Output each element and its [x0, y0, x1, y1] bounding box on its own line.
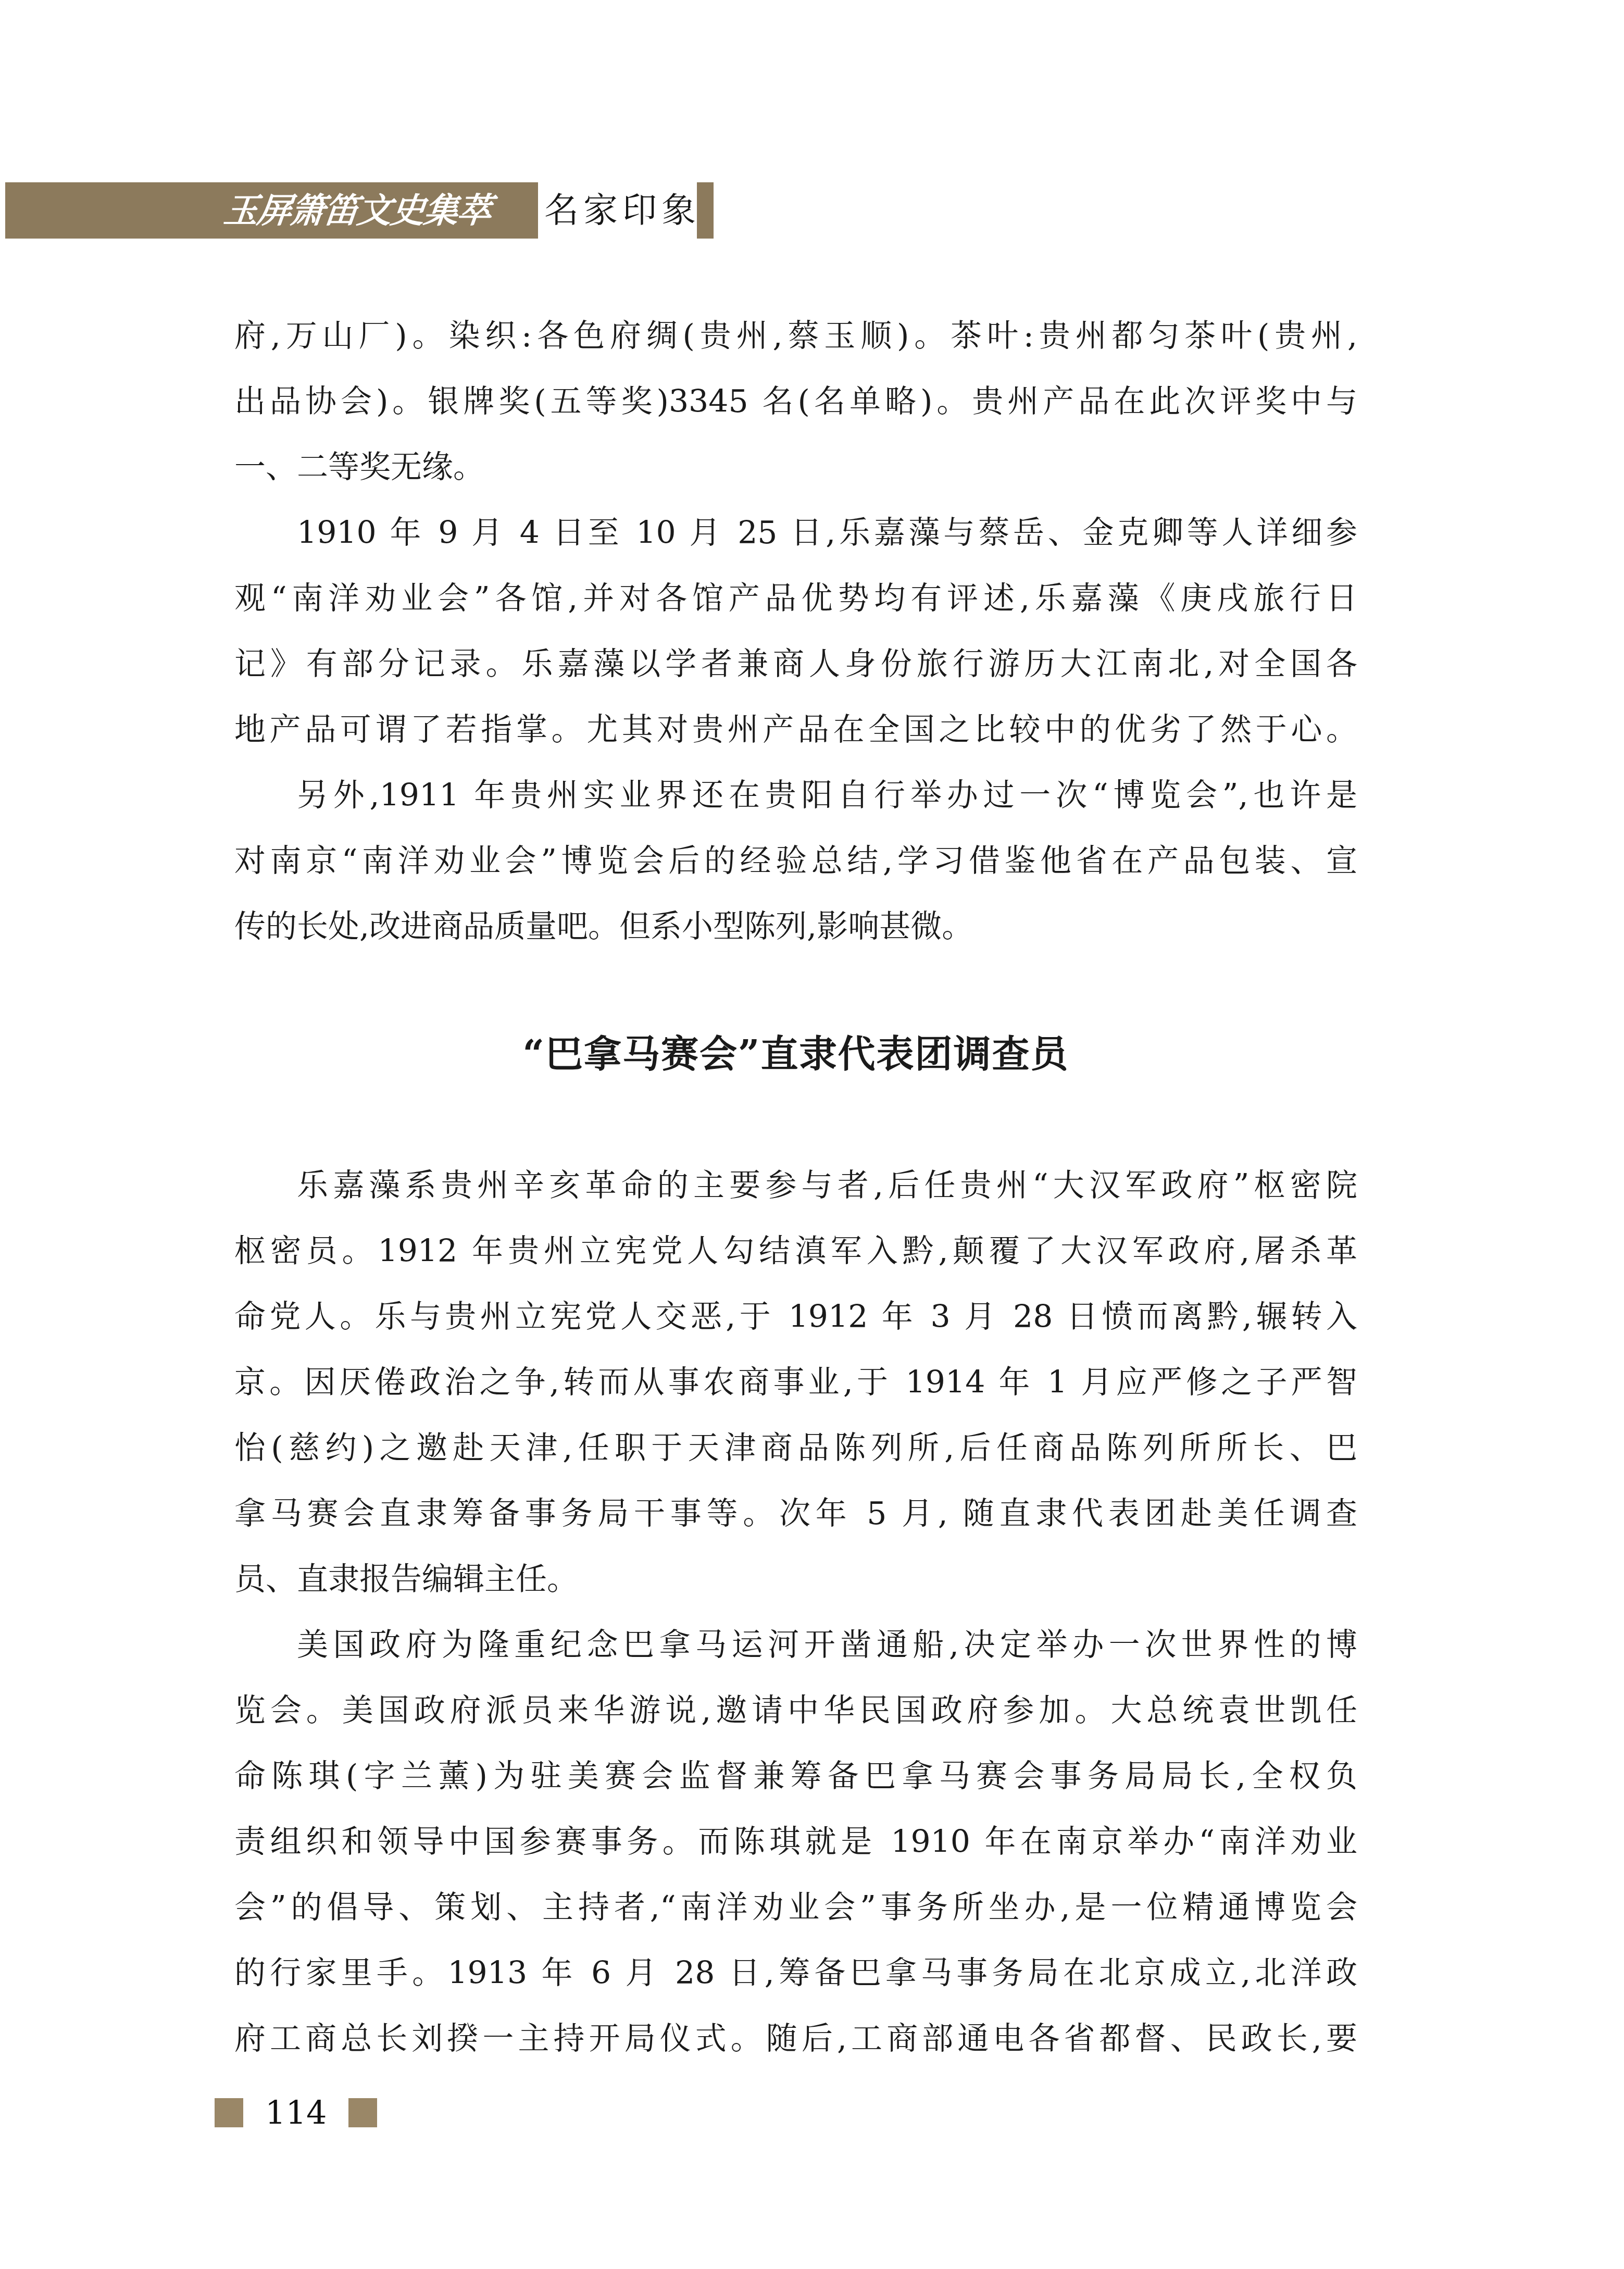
body-line: 美国政府为隆重纪念巴拿马运河开凿通船,决定举办一次世界性的博	[234, 1612, 1357, 1678]
body-line: 府,万山厂)。染织:各色府绸(贵州,蔡玉顺)。茶叶:贵州都匀茶叶(贵州,	[234, 303, 1357, 369]
body-line: 传的长处,改进商品质量吧。但系小型陈列,影响甚微。	[234, 894, 1357, 959]
body-line: 拿马赛会直隶筹备事务局干事等。次年 5 月, 随直隶代表团赴美任调查	[234, 1481, 1357, 1547]
page-footer: 114	[215, 2098, 377, 2127]
body-line: 怡(慈约)之邀赴天津,任职于天津商品陈列所,后任商品陈列所所长、巴	[234, 1415, 1357, 1481]
body-line: 京。因厌倦政治之争,转而从事农商事业,于 1914 年 1 月应严修之子严智	[234, 1350, 1357, 1415]
body-line: 枢密员。1912 年贵州立宪党人勾结滇军入黔,颠覆了大汉军政府,屠杀革	[234, 1218, 1357, 1284]
body-line: 的行家里手。1913 年 6 月 28 日,筹备巴拿马事务局在北京成立,北洋政	[234, 1940, 1357, 2006]
body-line: 乐嘉藻系贵州辛亥革命的主要参与者,后任贵州“大汉军政府”枢密院	[234, 1153, 1357, 1218]
footer-square-left	[215, 2098, 243, 2127]
body-line: 一、二等奖无缘。	[234, 434, 1357, 500]
body-line: 另外,1911 年贵州实业界还在贵阳自行举办过一次“博览会”,也许是	[234, 763, 1357, 828]
paragraph: 乐嘉藻系贵州辛亥革命的主要参与者,后任贵州“大汉军政府”枢密院 枢密员。1912…	[234, 1153, 1357, 1612]
paragraph: 1910 年 9 月 4 日至 10 月 25 日,乐嘉藻与蔡岳、金克卿等人详细…	[234, 500, 1357, 763]
body-line: 府工商总长刘揆一主持开局仪式。随后,工商部通电各省都督、民政长,要	[234, 2006, 1357, 2072]
body-line: 地产品可谓了若指掌。尤其对贵州产品在全国之比较中的优劣了然于心。	[234, 697, 1357, 763]
body-line: 对南京“南洋劝业会”博览会后的经验总结,学习借鉴他省在产品包装、宣	[234, 828, 1357, 894]
body-text-column: 府,万山厂)。染织:各色府绸(贵州,蔡玉顺)。茶叶:贵州都匀茶叶(贵州, 出品协…	[234, 0, 1357, 2072]
page-number: 114	[265, 2098, 327, 2127]
paragraph: 美国政府为隆重纪念巴拿马运河开凿通船,决定举办一次世界性的博 览会。美国政府派员…	[234, 1612, 1357, 2072]
body-line: 观“南洋劝业会”各馆,并对各馆产品优势均有评述,乐嘉藻《庚戌旅行日	[234, 566, 1357, 631]
footer-square-right	[348, 2098, 377, 2127]
body-line: 记》有部分记录。乐嘉藻以学者兼商人身份旅行游历大江南北,对全国各	[234, 631, 1357, 697]
body-line: 出品协会)。银牌奖(五等奖)3345 名(名单略)。贵州产品在此次评奖中与	[234, 369, 1357, 434]
body-line: 会”的倡导、策划、主持者,“南洋劝业会”事务所坐办,是一位精通博览会	[234, 1875, 1357, 1940]
book-page: { "colors": { "band": "#8C7A5C", "square…	[0, 0, 1624, 2269]
body-line: 命陈琪(字兰薰)为驻美赛会监督兼筹备巴拿马赛会事务局局长,全权负	[234, 1743, 1357, 1809]
paragraph: 另外,1911 年贵州实业界还在贵阳自行举办过一次“博览会”,也许是 对南京“南…	[234, 763, 1357, 959]
body-line: 责组织和领导中国参赛事务。而陈琪就是 1910 年在南京举办“南洋劝业	[234, 1809, 1357, 1875]
body-line: 览会。美国政府派员来华游说,邀请中华民国政府参加。大总统袁世凯任	[234, 1678, 1357, 1743]
body-line: 员、直隶报告编辑主任。	[234, 1547, 1357, 1612]
paragraph: 府,万山厂)。染织:各色府绸(贵州,蔡玉顺)。茶叶:贵州都匀茶叶(贵州, 出品协…	[234, 303, 1357, 500]
section-heading: “巴拿马赛会”直隶代表团调查员	[234, 1015, 1357, 1093]
body-line: 1910 年 9 月 4 日至 10 月 25 日,乐嘉藻与蔡岳、金克卿等人详细…	[234, 500, 1357, 566]
body-line: 命党人。乐与贵州立宪党人交恶,于 1912 年 3 月 28 日愤而离黔,辗转入	[234, 1284, 1357, 1350]
